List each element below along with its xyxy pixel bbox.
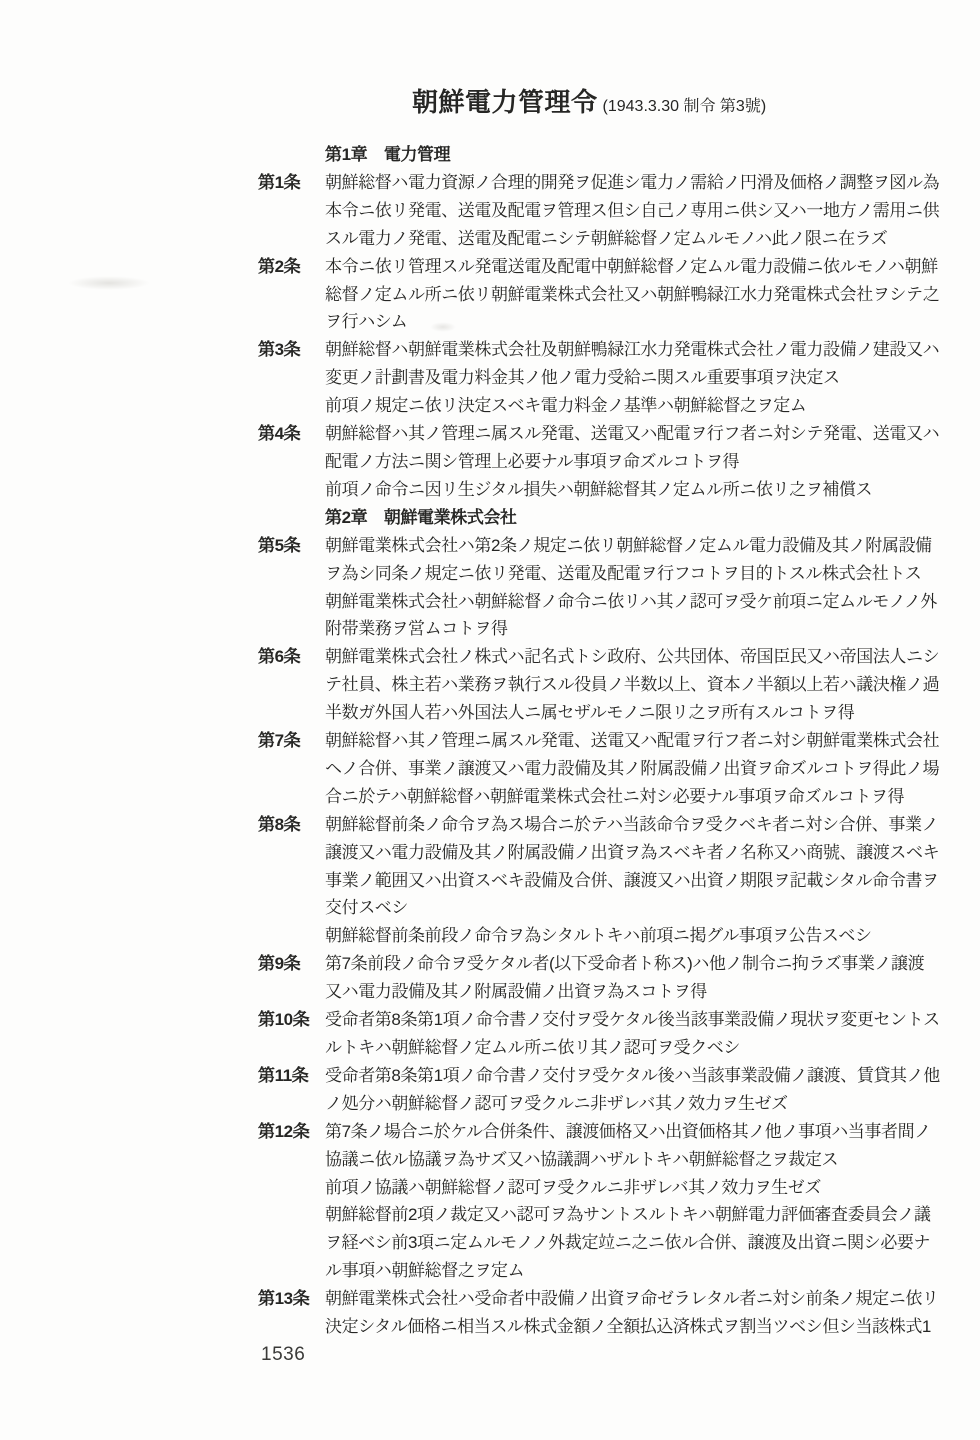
article-text: 本令ニ依リ管理スル発電送電及配電中朝鮮総督ノ定ムル電力設備ニ依ルモノハ朝鮮総督ノ…	[325, 253, 939, 337]
article-text: 朝鮮電業株式会社ハ受命者中設備ノ出資ヲ命ゼラレタル者ニ対シ前条ノ規定ニ依リ決定シ…	[325, 1285, 939, 1341]
article-第9条: 第9条第7条前段ノ命令ヲ受ケタル者(以下受命者ト称ス)ハ他ノ制令ニ拘ラズ事業ノ譲…	[258, 950, 958, 1006]
text-line: 朝鮮総督ハ朝鮮電業株式会社及朝鮮鴨緑江水力発電株式会社ノ電力設備ノ建設又ハ	[325, 336, 939, 364]
text-line: 朝鮮総督ハ電力資源ノ合理的開発ヲ促進シ電力ノ需給ノ円滑及価格ノ調整ヲ図ル為	[325, 169, 939, 197]
page-number: 1536	[261, 1344, 305, 1366]
text-line: 朝鮮電業株式会社ハ受命者中設備ノ出資ヲ命ゼラレタル者ニ対シ前条ノ規定ニ依リ	[325, 1285, 939, 1313]
article-text: 受命者第8条第1項ノ命令書ノ交付ヲ受ケタル後当該事業設備ノ現状ヲ変更セントスルト…	[325, 1006, 940, 1062]
text-line: ノ処分ハ朝鮮総督ノ認可ヲ受クルニ非ザレバ其ノ效力ヲ生ゼズ	[325, 1090, 940, 1118]
text-line: 第7条ノ場合ニ於ケル合併条件、譲渡価格又ハ出資価格其ノ他ノ事項ハ当事者間ノ	[325, 1118, 931, 1146]
text-line: 協議ニ依ル協議ヲ為サズ又ハ協議調ハザルトキハ朝鮮総督之ヲ裁定ス	[325, 1146, 931, 1174]
text-line: 又ハ電力設備及其ノ附属設備ノ出資ヲ為スコトヲ得	[325, 978, 924, 1006]
article-number: 第4条	[258, 420, 325, 504]
text-line: 朝鮮総督ハ其ノ管理ニ属スル発電、送電又ハ配電ヲ行フ者ニ対シ朝鮮電業株式会社	[325, 727, 939, 755]
text-line: 譲渡又ハ電力設備及其ノ附属設備ノ出資ヲ為スベキ者ノ名称又ハ商號、譲渡スベキ	[325, 839, 939, 867]
article-number: 第7条	[258, 727, 325, 811]
text-line: 受命者第8条第1項ノ命令書ノ交付ヲ受ケタル後ハ当該事業設備ノ譲渡、賃貸其ノ他	[325, 1062, 940, 1090]
text-line: 朝鮮総督ハ其ノ管理ニ属スル発電、送電又ハ配電ヲ行フ者ニ対シテ発電、送電又ハ	[325, 420, 939, 448]
article-text: 第7条前段ノ命令ヲ受ケタル者(以下受命者ト称ス)ハ他ノ制令ニ拘ラズ事業ノ譲渡又ハ…	[325, 950, 924, 1006]
article-text: 朝鮮電業株式会社ハ第2条ノ規定ニ依リ朝鮮総督ノ定ムル電力設備及其ノ附属設備ヲ為シ…	[325, 532, 937, 644]
article-number: 第11条	[258, 1062, 325, 1118]
text-line: ルトキハ朝鮮総督ノ定ムル所ニ依リ其ノ認可ヲ受クベシ	[325, 1034, 940, 1062]
title-text: 朝鮮電力管理令	[412, 87, 598, 117]
article-text: 朝鮮総督ハ其ノ管理ニ属スル発電、送電又ハ配電ヲ行フ者ニ対シテ発電、送電又ハ配電ノ…	[325, 420, 939, 504]
text-line: 本令ニ依リ発電、送電及配電ヲ管理ス但シ自己ノ専用ニ供シ又ハ一地方ノ需用ニ供	[325, 197, 939, 225]
article-number: 第13条	[258, 1285, 325, 1341]
article-第2条: 第2条本令ニ依リ管理スル発電送電及配電中朝鮮総督ノ定ムル電力設備ニ依ルモノハ朝鮮…	[258, 253, 958, 337]
text-line: ヘノ合併、事業ノ譲渡又ハ電力設備及其ノ附属設備ノ出資ヲ命ズルコトヲ得此ノ場	[325, 755, 939, 783]
chapter-heading-2: 第2章 朝鮮電業株式会社	[325, 504, 958, 532]
text-line: 交付スベシ	[325, 894, 939, 922]
article-第4条: 第4条朝鮮総督ハ其ノ管理ニ属スル発電、送電又ハ配電ヲ行フ者ニ対シテ発電、送電又ハ…	[258, 420, 958, 504]
text-line: 本令ニ依リ管理スル発電送電及配電中朝鮮総督ノ定ムル電力設備ニ依ルモノハ朝鮮	[325, 253, 939, 281]
text-line: 朝鮮電業株式会社ハ朝鮮総督ノ命令ニ依リハ其ノ認可ヲ受ケ前項ニ定ムルモノノ外	[325, 588, 937, 616]
article-第3条: 第3条朝鮮総督ハ朝鮮電業株式会社及朝鮮鴨緑江水力発電株式会社ノ電力設備ノ建設又ハ…	[258, 336, 958, 420]
article-第11条: 第11条受命者第8条第1項ノ命令書ノ交付ヲ受ケタル後ハ当該事業設備ノ譲渡、賃貸其…	[258, 1062, 958, 1118]
article-number: 第6条	[258, 643, 325, 727]
article-text: 朝鮮総督ハ電力資源ノ合理的開発ヲ促進シ電力ノ需給ノ円滑及価格ノ調整ヲ図ル為本令ニ…	[325, 169, 939, 253]
article-第5条: 第5条朝鮮電業株式会社ハ第2条ノ規定ニ依リ朝鮮総督ノ定ムル電力設備及其ノ附属設備…	[258, 532, 958, 644]
article-text: 受命者第8条第1項ノ命令書ノ交付ヲ受ケタル後ハ当該事業設備ノ譲渡、賃貸其ノ他ノ処…	[325, 1062, 940, 1118]
title-date-note: (1943.3.30 制令 第3號)	[603, 98, 767, 115]
text-line: 前項ノ協議ハ朝鮮総督ノ認可ヲ受クルニ非ザレバ其ノ效力ヲ生ゼズ	[325, 1174, 931, 1202]
text-line: 配電ノ方法ニ関シ管理上必要ナル事項ヲ命ズルコトヲ得	[325, 448, 939, 476]
text-line: 朝鮮電業株式会社ノ株式ハ記名式トシ政府、公共団体、帝国臣民又ハ帝国法人ニシ	[325, 643, 939, 671]
text-line: 朝鮮総督前条ノ命令ヲ為ス場合ニ於テハ当該命令ヲ受クベキ者ニ対シ合併、事業ノ	[325, 811, 939, 839]
text-line: 合ニ於テハ朝鮮総督ハ朝鮮電業株式会社ニ対シ必要ナル事項ヲ命ズルコトヲ得	[325, 783, 939, 811]
article-number: 第2条	[258, 253, 325, 337]
article-number: 第10条	[258, 1006, 325, 1062]
text-line: 受命者第8条第1項ノ命令書ノ交付ヲ受ケタル後当該事業設備ノ現状ヲ変更セントス	[325, 1006, 940, 1034]
text-line: 半数ガ外国人若ハ外国法人ニ属セザルモノニ限リ之ヲ所有スルコトヲ得	[325, 699, 939, 727]
article-number: 第1条	[258, 169, 325, 253]
article-number: 第8条	[258, 811, 325, 951]
article-text: 朝鮮総督ハ朝鮮電業株式会社及朝鮮鴨緑江水力発電株式会社ノ電力設備ノ建設又ハ変更ノ…	[325, 336, 939, 420]
article-第6条: 第6条朝鮮電業株式会社ノ株式ハ記名式トシ政府、公共団体、帝国臣民又ハ帝国法人ニシ…	[258, 643, 958, 727]
text-line: 決定シタル価格ニ相当スル株式金額ノ全額払込済株式ヲ割当ツベシ但シ当該株式1	[325, 1313, 939, 1341]
article-text: 朝鮮総督前条ノ命令ヲ為ス場合ニ於テハ当該命令ヲ受クベキ者ニ対シ合併、事業ノ譲渡又…	[325, 811, 939, 951]
text-line: 変更ノ計劃書及電力料金其ノ他ノ電力受給ニ関スル重要事項ヲ決定ス	[325, 364, 939, 392]
text-line: 朝鮮総督前条前段ノ命令ヲ為シタルトキハ前項ニ掲グル事項ヲ公告スベシ	[325, 922, 939, 950]
scan-smudge	[68, 276, 150, 290]
article-text: 第7条ノ場合ニ於ケル合併条件、譲渡価格又ハ出資価格其ノ他ノ事項ハ当事者間ノ協議ニ…	[325, 1118, 931, 1285]
text-line: 前項ノ規定ニ依リ決定スベキ電力料金ノ基準ハ朝鮮総督之ヲ定ム	[325, 392, 939, 420]
text-line: ヲ為シ同条ノ規定ニ依リ発電、送電及配電ヲ行フコトヲ目的トスル株式会社トス	[325, 560, 937, 588]
scanned-document-page: 朝鮮電力管理令(1943.3.30 制令 第3號) 第1章 電力管理第1条朝鮮総…	[0, 0, 980, 1440]
article-第7条: 第7条朝鮮総督ハ其ノ管理ニ属スル発電、送電又ハ配電ヲ行フ者ニ対シ朝鮮電業株式会社…	[258, 727, 958, 811]
article-第10条: 第10条受命者第8条第1項ノ命令書ノ交付ヲ受ケタル後当該事業設備ノ現状ヲ変更セン…	[258, 1006, 958, 1062]
article-number: 第5条	[258, 532, 325, 644]
chapter-heading-1: 第1章 電力管理	[325, 141, 958, 169]
article-第1条: 第1条朝鮮総督ハ電力資源ノ合理的開発ヲ促進シ電力ノ需給ノ円滑及価格ノ調整ヲ図ル為…	[258, 169, 958, 253]
article-text: 朝鮮電業株式会社ノ株式ハ記名式トシ政府、公共団体、帝国臣民又ハ帝国法人ニシテ社員…	[325, 643, 939, 727]
text-line: ル事項ハ朝鮮総督之ヲ定ム	[325, 1257, 931, 1285]
text-line: ヲ経ベシ前3項ニ定ムルモノノ外裁定竝ニ之ニ依ル合併、譲渡及出資ニ関シ必要ナ	[325, 1229, 931, 1257]
document-body: 第1章 電力管理第1条朝鮮総督ハ電力資源ノ合理的開発ヲ促進シ電力ノ需給ノ円滑及価…	[258, 141, 958, 1341]
text-line: 第7条前段ノ命令ヲ受ケタル者(以下受命者ト称ス)ハ他ノ制令ニ拘ラズ事業ノ譲渡	[325, 950, 924, 978]
text-line: スル電力ノ発電、送電及配電ニシテ朝鮮総督ノ定ムルモノハ此ノ限ニ在ラズ	[325, 225, 939, 253]
text-line: テ社員、株主若ハ業務ヲ執行スル役員ノ半数以上、資本ノ半額以上若ハ議決権ノ過	[325, 671, 939, 699]
document-title: 朝鮮電力管理令(1943.3.30 制令 第3號)	[412, 82, 766, 119]
text-line: 総督ノ定ムル所ニ依リ朝鮮電業株式会社又ハ朝鮮鴨緑江水力発電株式会社ヲシテ之	[325, 281, 939, 309]
article-number: 第3条	[258, 336, 325, 420]
text-line: 朝鮮総督前2項ノ裁定又ハ認可ヲ為サントスルトキハ朝鮮電力評価審査委員会ノ議	[325, 1201, 931, 1229]
text-line: ヲ行ハシム	[325, 308, 939, 336]
article-text: 朝鮮総督ハ其ノ管理ニ属スル発電、送電又ハ配電ヲ行フ者ニ対シ朝鮮電業株式会社ヘノ合…	[325, 727, 939, 811]
text-line: 朝鮮電業株式会社ハ第2条ノ規定ニ依リ朝鮮総督ノ定ムル電力設備及其ノ附属設備	[325, 532, 937, 560]
article-第13条: 第13条朝鮮電業株式会社ハ受命者中設備ノ出資ヲ命ゼラレタル者ニ対シ前条ノ規定ニ依…	[258, 1285, 958, 1341]
article-number: 第9条	[258, 950, 325, 1006]
article-number: 第12条	[258, 1118, 325, 1285]
article-第12条: 第12条第7条ノ場合ニ於ケル合併条件、譲渡価格又ハ出資価格其ノ他ノ事項ハ当事者間…	[258, 1118, 958, 1285]
text-line: 事業ノ範囲又ハ出資スベキ設備及合併、譲渡又ハ出資ノ期限ヲ記載シタル命令書ヲ	[325, 867, 939, 895]
text-line: 附帯業務ヲ営ムコトヲ得	[325, 615, 937, 643]
text-line: 前項ノ命令ニ因リ生ジタル損失ハ朝鮮総督其ノ定ムル所ニ依リ之ヲ補償ス	[325, 476, 939, 504]
article-第8条: 第8条朝鮮総督前条ノ命令ヲ為ス場合ニ於テハ当該命令ヲ受クベキ者ニ対シ合併、事業ノ…	[258, 811, 958, 951]
